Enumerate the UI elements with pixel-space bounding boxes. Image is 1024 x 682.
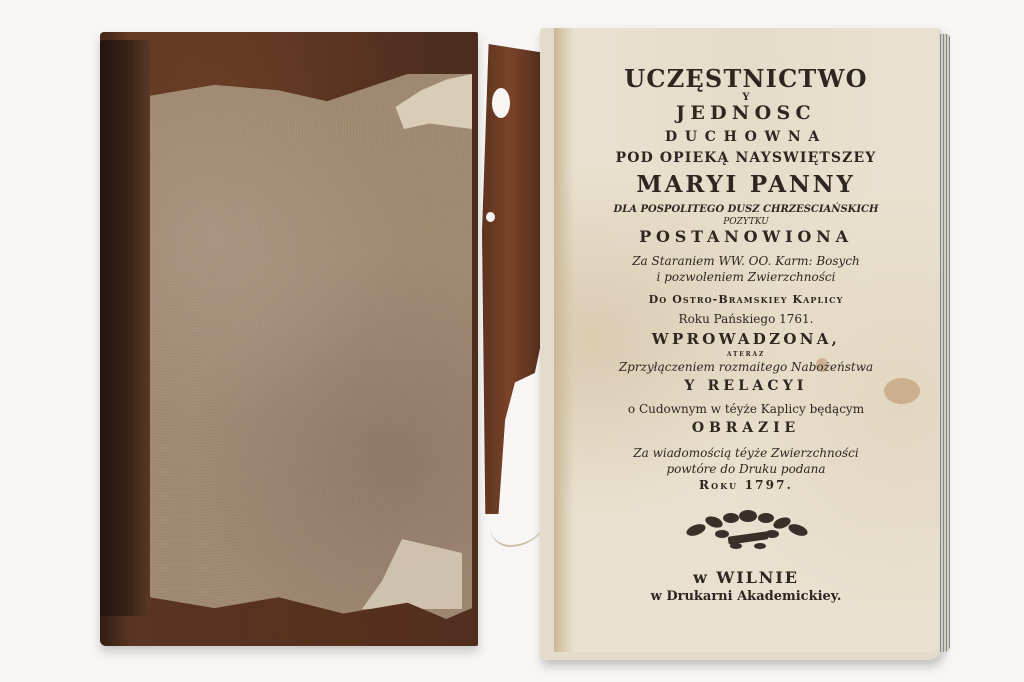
- text-block: UCZĘSTNICTWO Y JEDNOSC DUCHOWNA POD OPIE…: [540, 28, 942, 660]
- title-line-15: ATERAZ: [554, 351, 938, 358]
- pastedown-paper: [150, 74, 472, 619]
- leather-turn-in: [100, 40, 150, 616]
- floral-vignette-icon: [676, 508, 816, 552]
- title-line-4: DUCHOWNA: [554, 129, 938, 145]
- title-line-19: OBRAZIE: [554, 420, 938, 436]
- title-line-7: DLA POSPOLITEGO DUSZ CHRZESCIAŃSKICH: [554, 204, 938, 215]
- torn-endpaper-top: [387, 74, 472, 129]
- spine-hole: [486, 212, 495, 222]
- title-line-21: powtóre do Druku podana: [554, 462, 938, 476]
- title-line-8: POZYTKU: [554, 217, 938, 227]
- title-line-13: Roku Pańskiego 1761.: [554, 312, 938, 326]
- torn-endpaper-bottom: [362, 539, 462, 609]
- title-page: UCZĘSTNICTWO Y JEDNOSC DUCHOWNA POD OPIE…: [554, 28, 938, 652]
- title-line-16: Zprzyłączeniem rozmaitego Nabożeństwa: [554, 360, 938, 374]
- front-cover-board: [100, 32, 478, 646]
- imprint-city: w WILNIE: [554, 568, 938, 587]
- imprint-printer: w Drukarni Akademickiey.: [554, 589, 938, 604]
- title-line-14: WPROWADZONA,: [554, 330, 938, 348]
- page-edges: [940, 34, 950, 652]
- title-line-22: Roku 1797.: [554, 478, 938, 492]
- title-line-11: i pozwoleniem Zwierzchności: [554, 270, 938, 284]
- spine-leather: [482, 44, 548, 514]
- spine-hole: [492, 88, 510, 118]
- title-line-1: UCZĘSTNICTWO: [554, 64, 938, 93]
- title-line-5: POD OPIEKĄ NAYSWIĘTSZEY: [554, 150, 938, 166]
- title-line-18: o Cudownym w téyże Kaplicy będącym: [554, 402, 938, 416]
- title-line-6: MARYI PANNY: [554, 171, 938, 198]
- title-line-17: Y RELACYI: [554, 378, 938, 394]
- title-line-3: JEDNOSC: [554, 102, 938, 124]
- book-photo: UCZĘSTNICTWO Y JEDNOSC DUCHOWNA POD OPIE…: [0, 0, 1024, 682]
- title-line-10: Za Staraniem WW. OO. Karm: Bosych: [554, 254, 938, 268]
- title-line-12: Do Ostro-Bramskiey Kaplicy: [554, 293, 938, 306]
- title-line-9: POSTANOWIONA: [554, 227, 938, 246]
- title-line-20: Za wiadomością téyże Zwierzchności: [554, 446, 938, 460]
